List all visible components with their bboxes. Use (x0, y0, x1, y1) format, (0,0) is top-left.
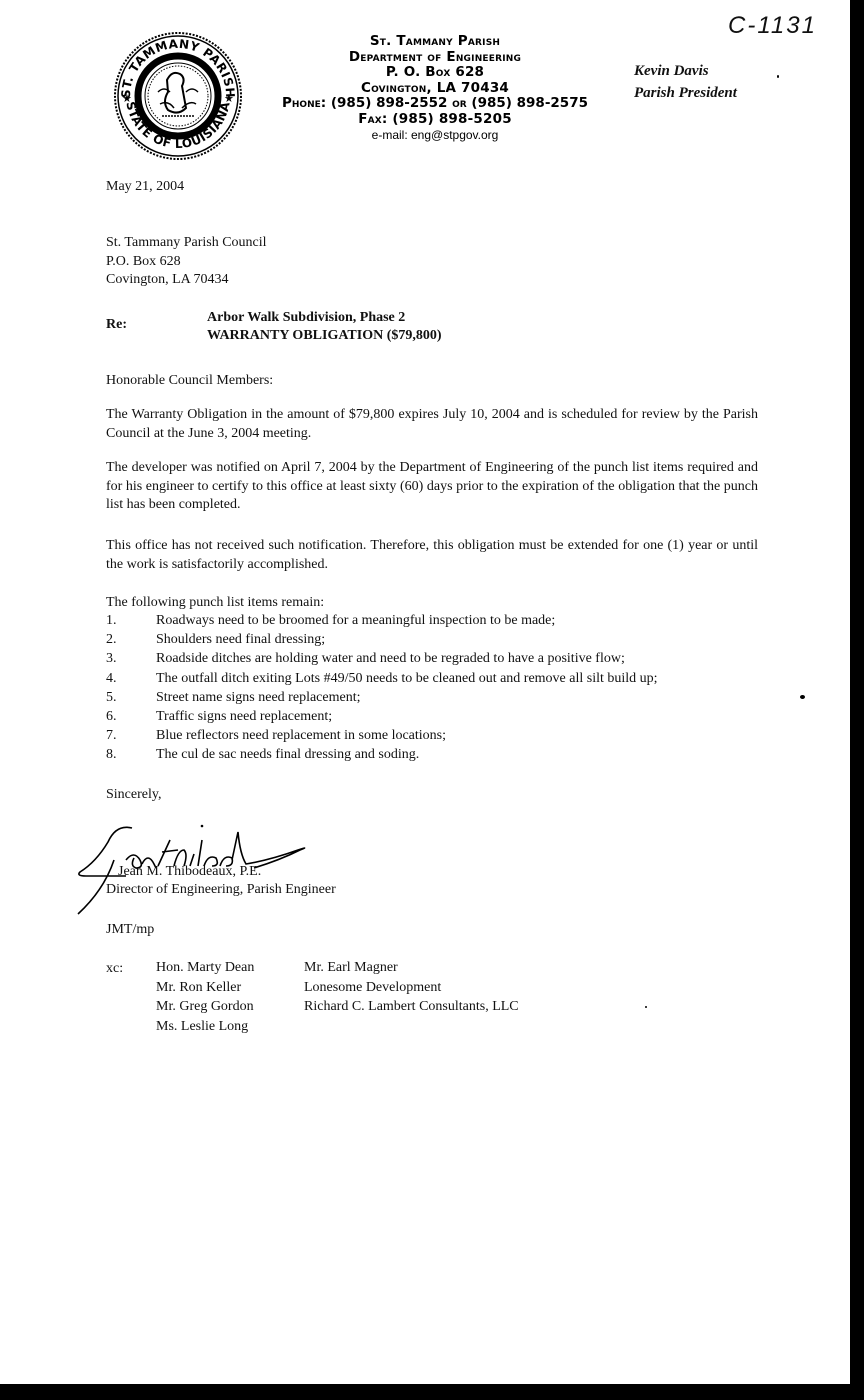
salutation: Honorable Council Members: (106, 372, 273, 391)
xc-label: xc: (106, 960, 123, 979)
svg-text:★: ★ (224, 93, 234, 105)
punch-list-intro: The following punch list items remain: (106, 594, 324, 613)
punch-list: 1.Roadways need to be broomed for a mean… (106, 611, 658, 765)
list-item-text: Roadways need to be broomed for a meanin… (156, 611, 555, 630)
list-item-text: Shoulders need final dressing; (156, 630, 325, 649)
list-item-text: Street name signs need replacement; (156, 688, 360, 707)
list-item-number: 3. (106, 649, 156, 668)
list-item: 6.Traffic signs need replacement; (106, 707, 658, 726)
paragraph-3: This office has not received such notifi… (106, 537, 758, 574)
fax-number: Fax: (985) 898-5205 (260, 112, 610, 128)
paragraph-2: The developer was notified on April 7, 2… (106, 459, 758, 515)
city-state-zip: Covington, LA 70434 (260, 81, 610, 97)
xc-recipient: Hon. Marty Dean (156, 958, 254, 978)
list-item-number: 2. (106, 630, 156, 649)
signer-title: Director of Engineering, Parish Engineer (106, 881, 336, 900)
xc-recipient: Lonesome Development (304, 978, 519, 998)
list-item: 4.The outfall ditch exiting Lots #49/50 … (106, 669, 658, 688)
email-address: e-mail: eng@stpgov.org (260, 128, 610, 143)
closing: Sincerely, (106, 786, 161, 805)
list-item-text: The cul de sac needs final dressing and … (156, 745, 419, 764)
xc-recipient: Ms. Leslie Long (156, 1017, 254, 1037)
scan-border-bottom (0, 1384, 864, 1400)
scan-speck (800, 695, 805, 699)
list-item: 7.Blue reflectors need replacement in so… (106, 726, 658, 745)
list-item-text: The outfall ditch exiting Lots #49/50 ne… (156, 669, 658, 688)
letter-date: May 21, 2004 (106, 178, 184, 197)
list-item-number: 8. (106, 745, 156, 764)
list-item: 3.Roadside ditches are holding water and… (106, 649, 658, 668)
list-item-number: 4. (106, 669, 156, 688)
svg-text:★: ★ (122, 93, 132, 105)
xc-recipient: Mr. Ron Keller (156, 978, 254, 998)
parish-seal-icon: ST. TAMMANY PARISH STATE OF LOUISIANA ★ … (112, 30, 244, 162)
list-item-number: 6. (106, 707, 156, 726)
list-item: 1.Roadways need to be broomed for a mean… (106, 611, 658, 630)
list-item-text: Traffic signs need replacement; (156, 707, 332, 726)
list-item: 5.Street name signs need replacement; (106, 688, 658, 707)
president-title: Parish President (634, 82, 737, 104)
recipient-line-1: St. Tammany Parish Council (106, 234, 267, 253)
re-subject-line-2: WARRANTY OBLIGATION ($79,800) (207, 327, 442, 345)
po-box: P. O. Box 628 (260, 65, 610, 81)
signer-name: Jean M. Thibodeaux, P.E. (118, 863, 261, 882)
list-item-text: Blue reflectors need replacement in some… (156, 726, 446, 745)
list-item: 2.Shoulders need final dressing; (106, 630, 658, 649)
scan-border-right (850, 0, 864, 1400)
list-item: 8.The cul de sac needs final dressing an… (106, 745, 658, 764)
list-item-text: Roadside ditches are holding water and n… (156, 649, 625, 668)
president-name: Kevin Davis (634, 60, 737, 82)
paragraph-1: The Warranty Obligation in the amount of… (106, 406, 758, 443)
re-label: Re: (106, 316, 127, 335)
re-subject: Arbor Walk Subdivision, Phase 2 WARRANTY… (207, 309, 442, 345)
xc-recipient: Mr. Earl Magner (304, 958, 519, 978)
xc-recipient: Mr. Greg Gordon (156, 997, 254, 1017)
recipient-line-3: Covington, LA 70434 (106, 271, 267, 290)
phone-numbers: Phone: (985) 898-2552 or (985) 898-2575 (252, 96, 618, 112)
xc-recipients-column-2: Mr. Earl Magner Lonesome Development Ric… (304, 958, 519, 1017)
organization-name: St. Tammany Parish (260, 34, 610, 50)
xc-recipients-column-1: Hon. Marty Dean Mr. Ron Keller Mr. Greg … (156, 958, 254, 1036)
scan-speck (645, 1006, 647, 1008)
letterhead: St. Tammany Parish Department of Enginee… (260, 34, 610, 143)
recipient-line-2: P.O. Box 628 (106, 253, 267, 272)
parish-president-block: Kevin Davis Parish President (634, 60, 737, 104)
list-item-number: 7. (106, 726, 156, 745)
list-item-number: 5. (106, 688, 156, 707)
xc-recipient: Richard C. Lambert Consultants, LLC (304, 997, 519, 1017)
list-item-number: 1. (106, 611, 156, 630)
scan-speck (777, 75, 779, 78)
department-name: Department of Engineering (260, 50, 610, 66)
re-subject-line-1: Arbor Walk Subdivision, Phase 2 (207, 309, 442, 327)
handwritten-file-number: C-1131 (728, 12, 817, 40)
recipient-address: St. Tammany Parish Council P.O. Box 628 … (106, 234, 267, 290)
typist-initials: JMT/mp (106, 921, 154, 940)
